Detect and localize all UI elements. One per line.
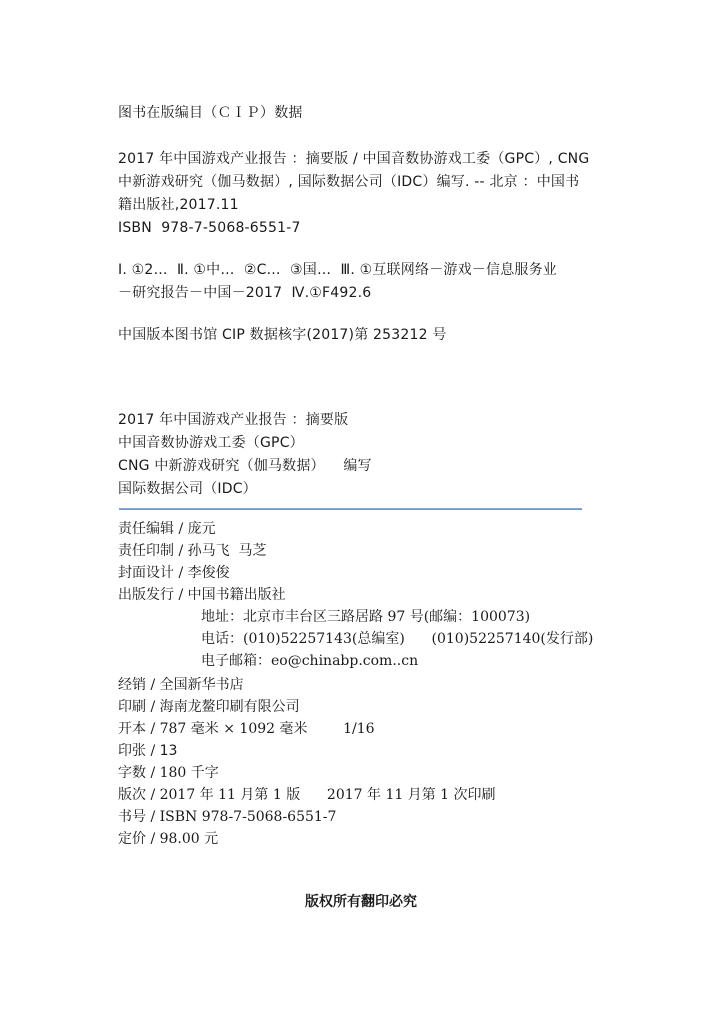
copyright-notice: 版权所有翻印必究 (305, 893, 417, 911)
detail-format: 开本 / 787 毫米 × 1092 毫米 1/16 (118, 720, 375, 738)
detail-phone: 电话：(010)52257143(总编室) (010)52257140(发行部) (201, 630, 593, 648)
cip-number: 中国版本图书馆 CIP 数据核字(2017)第 253212 号 (118, 326, 447, 344)
detail-email: 电子邮箱：eo@chinabp.com..cn (201, 652, 418, 670)
detail-edition: 版次 / 2017 年 11 月第 1 版 2017 年 11 月第 1 次印刷 (118, 786, 496, 804)
detail-sheets: 印张 / 13 (118, 742, 177, 760)
author-line-3: 国际数据公司（IDC） (118, 480, 257, 498)
detail-publisher: 出版发行 / 中国书籍出版社 (118, 586, 286, 604)
book-title: 2017 年中国游戏产业报告 ：摘要版 (118, 411, 348, 429)
detail-printer: 印刷 / 海南龙鳌印刷有限公司 (118, 698, 300, 716)
detail-print-manager: 责任印制 / 孙马飞 马芝 (118, 542, 267, 560)
cip-subject-line-1: Ⅰ. ①2… Ⅱ. ①中… ②C… ③国… Ⅲ. ①互联网络－游戏－信息服务业 (118, 261, 557, 279)
author-line-1: 中国音数协游戏工委（GPC） (118, 434, 304, 452)
detail-word-count: 字数 / 180 千字 (118, 764, 219, 782)
cip-isbn-line: ISBN 978-7-5068-6551-7 (118, 219, 301, 237)
detail-editor: 责任编辑 / 庞元 (118, 520, 216, 538)
cip-heading: 图书在版编目（ＣＩＰ）数据 (118, 104, 303, 122)
cip-record-line-2: 中新游戏研究（伽马数据）, 国际数据公司（IDC）编写. -- 北京 ：中国书 (118, 173, 579, 191)
detail-distributor: 经销 / 全国新华书店 (118, 676, 244, 694)
cip-record-line-3: 籍出版社,2017.11 (118, 196, 239, 214)
detail-isbn: 书号 / ISBN 978-7-5068-6551-7 (118, 808, 336, 826)
author-line-2: CNG 中新游戏研究（伽马数据） 编写 (118, 457, 372, 475)
cip-record-line-1: 2017 年中国游戏产业报告 ：摘要版 / 中国音数协游戏工委（GPC）, CN… (118, 150, 589, 168)
detail-address: 地址：北京市丰台区三路居路 97 号(邮编：100073) (201, 608, 530, 626)
detail-sheets-label: 印张 / (118, 743, 160, 759)
detail-sheets-value: 13 (160, 743, 178, 759)
cip-subject-line-2: －研究报告－中国－2017 Ⅳ.①F492.6 (118, 284, 371, 302)
divider-rule (119, 508, 582, 510)
detail-price: 定价 / 98.00 元 (118, 830, 218, 848)
detail-cover-design: 封面设计 / 李俊俊 (118, 564, 230, 582)
